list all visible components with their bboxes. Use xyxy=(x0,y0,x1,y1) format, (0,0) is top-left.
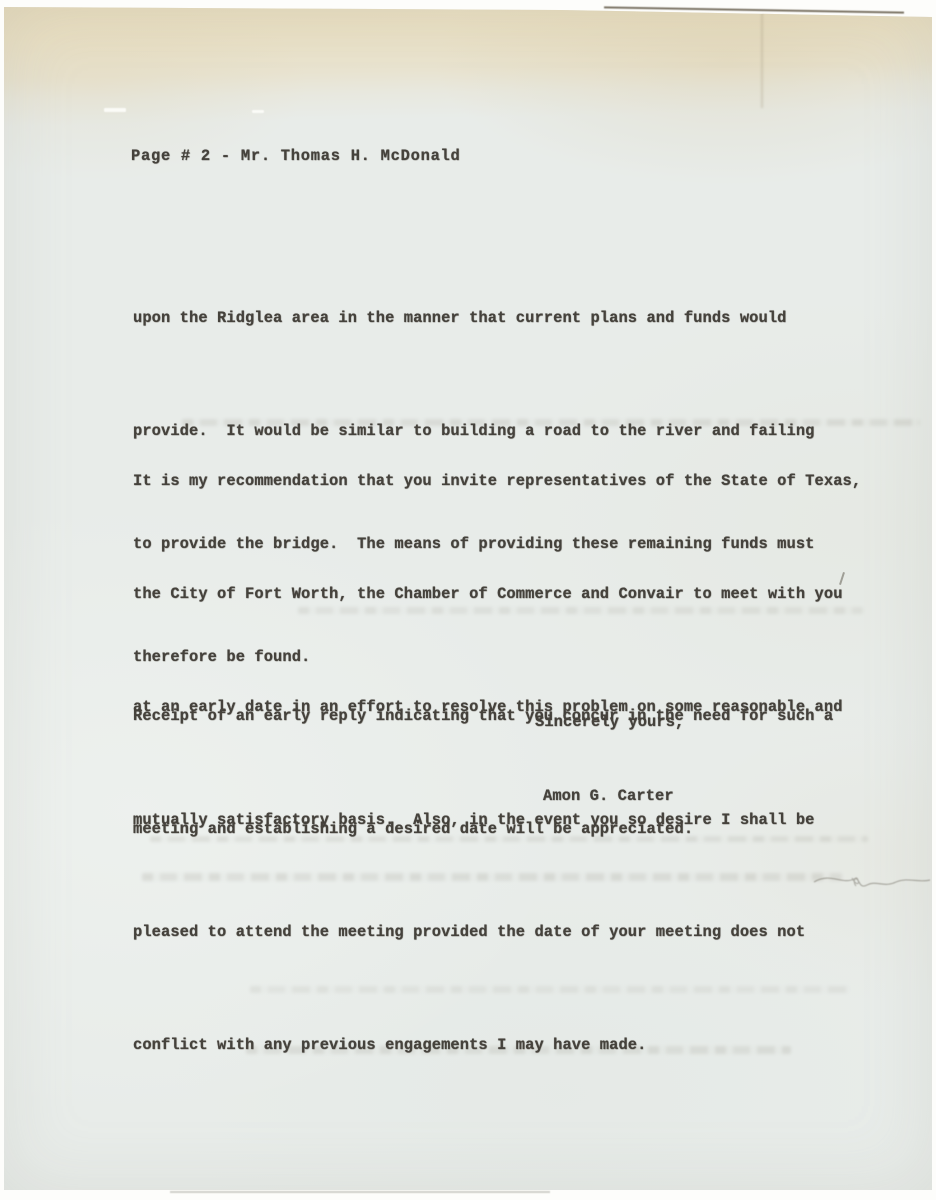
signature-name: Amon G. Carter xyxy=(543,786,674,806)
paragraph-3: Receipt of an early reply indicating tha… xyxy=(133,623,833,924)
letter-line: meeting and establishing a desired date … xyxy=(133,811,833,849)
letter-line: Receipt of an early reply indicating tha… xyxy=(133,698,833,736)
paper-crease xyxy=(761,6,763,108)
paper-speck xyxy=(104,108,126,112)
closing-salutation: Sincerely yours, xyxy=(535,712,684,732)
paper-speck xyxy=(252,110,264,113)
letter-line: upon the Ridglea area in the manner that… xyxy=(133,300,815,338)
letter-line: It is my recommendation that you invite … xyxy=(133,463,861,501)
letter-line: the City of Fort Worth, the Chamber of C… xyxy=(133,576,861,614)
letter-line: conflict with any previous engagements I… xyxy=(133,1027,861,1065)
page-header: Page # 2 - Mr. Thomas H. McDonald xyxy=(131,146,461,166)
scanned-letter-page: Page # 2 - Mr. Thomas H. McDonald upon t… xyxy=(0,0,936,1200)
scan-bottom-edge-line xyxy=(170,1191,550,1193)
